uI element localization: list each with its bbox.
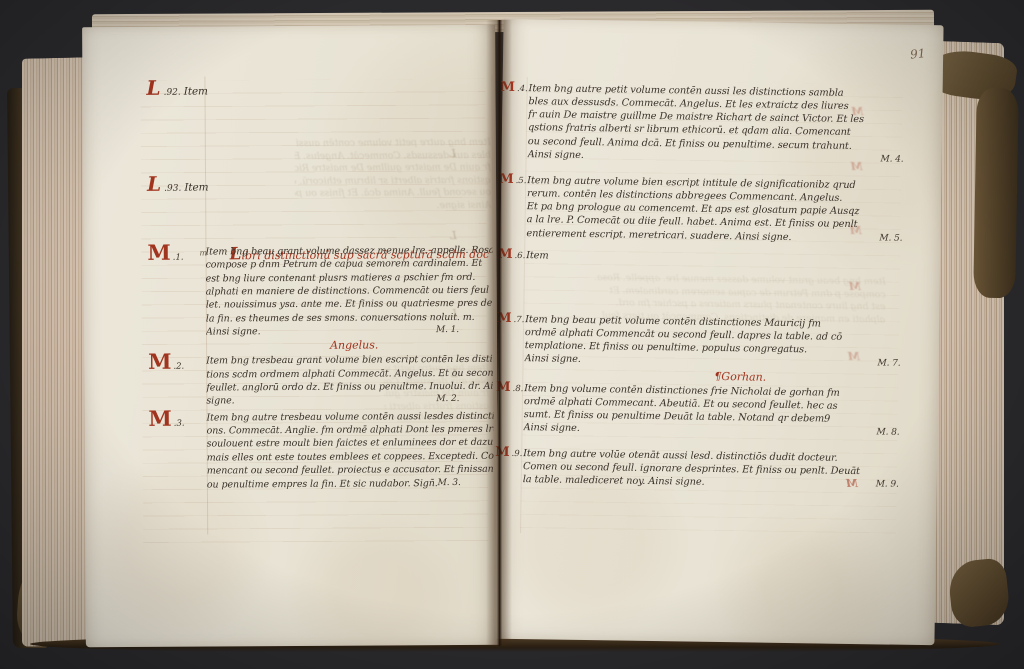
text-line: Ainsi signe.M. 1. [206,324,493,339]
show-through-line: ou second feull. Anima dcā. Et finiss ou… [295,187,491,201]
book-gutter-shadow [486,20,512,646]
entry-initial: M.1. [147,246,205,263]
manuscript-page-left: L .92. Item L .93. Item Item bng autre p… [82,25,499,648]
shelf-item-label: Item [184,86,208,98]
catalog-entries-left: M.1.Item bng beau grant volume dassez me… [147,244,491,492]
entry-signature: M. 5. [879,232,902,245]
entry-text: Item bng beau grant volume dassez menue … [205,244,493,339]
entry-text: Item bng autre volume bien escript intit… [526,174,931,246]
entry-number: .1. [173,253,184,263]
folio-number: 91 [909,46,925,61]
shelf-letter: L [147,177,161,191]
rubric-initial: M [148,355,171,369]
text: entierement escript. meretricari. suader… [526,227,791,244]
text-line: compose p dnm Petrum de capua semorem ca… [206,257,493,272]
catalog-entries-right: M.4.Item bng autre petit volume contēn a… [495,82,935,493]
rubric-subheading: ¶Gorhan. [714,369,930,385]
text: Ainsi signe. [528,148,584,162]
entry-number: .8. [512,383,523,393]
fore-edge-left [22,57,88,646]
show-through-line: fr auin De maistre guillme De maistre Ri… [295,162,491,176]
entry-text: Item [526,249,930,268]
photo-background: L .92. Item L .93. Item Item bng autre p… [0,0,1024,669]
entry-signature: M. 2. [436,393,459,406]
binding-wear-patch [973,88,1019,299]
shelf-mark-row: L .92. Item [146,81,207,98]
show-through-initial: L [449,229,456,242]
shelf-item-label: Item [184,181,208,193]
entry-number: .2. [173,362,184,372]
shelf-mark-row: L .93. Item [147,176,208,193]
catalog-entry: M.9.Item bng autre volūe otenāt aussi le… [495,447,930,493]
catalog-entry: M.8.Item bng volume contēn distinctiones… [495,381,930,440]
catalog-entry: M.6.Item [498,248,932,268]
rubric-initial: M [148,412,171,426]
entry-number: .6. [514,251,525,261]
show-through-line: Ainsi signe. [295,200,491,214]
entry-signature: M. 4. [880,153,903,166]
entry-number: .9. [511,449,522,459]
show-through-line: qstions fratris alberti sr librum ethico… [295,175,491,189]
entry-signature: M. 1. [436,324,459,337]
show-through-line: bles aux dessusds. Commecāt. Angelus. Et… [295,149,491,163]
entry-text: Item bng beau petit volume contēn distin… [524,313,929,372]
catalog-entry: M.1.Item bng beau grant volume dassez me… [147,244,491,339]
show-through-initial: L [449,147,456,160]
text-line: Item [526,249,930,268]
entry-text: Item bng volume contēn distinctiones fri… [523,382,928,441]
text: Ainsi signe. [523,421,579,435]
catalog-entry: M.2.Item bng tresbeau grant volume bien … [148,353,491,408]
text-line: signe.M. 2. [206,393,493,408]
shelf-number: .92. [164,88,181,98]
entry-text: Item bng autre tresbeau volume contēn au… [206,410,493,492]
text-line: let. nouissimus ysa. ante me. Et finiss … [206,297,493,312]
entry-signature: M. 7. [877,358,900,371]
entry-number: .4. [517,84,528,94]
catalog-entry: M.3.Item bng autre tresbeau volume contē… [148,410,491,492]
show-through-line: Item bng autre petit volume contēn aussi… [295,137,491,151]
entry-text: Item bng autre petit volume contēn aussi… [528,82,933,167]
entry-signature: M. 8. [876,426,899,439]
manuscript-page-right: 91 Item bng beau grant volume dassez men… [494,19,943,645]
catalog-entry: M.4.Item bng autre petit volume contēn a… [500,82,935,167]
entry-initial: M.3. [148,411,206,428]
entry-initial: M.2. [148,355,206,372]
catalog-entry: M.7.Item bng beau petit volume contēn di… [496,313,931,372]
text-line: ou penultime empres la fin. Et sic nudab… [207,476,494,491]
show-through-text: Item bng autre petit volume contēn aussi… [295,137,492,230]
rubric-initial: M [147,246,170,260]
text: ou penultime empres la fin. Et sic nudab… [207,477,438,492]
entry-signature: M. 3. [438,476,461,489]
entry-text: Item bng tresbeau grant volume bien escr… [206,353,493,408]
shelf-number: .93. [164,184,181,194]
entry-number: .5. [516,176,527,186]
entry-number: .3. [174,418,185,428]
text: Ainsi signe. [206,325,261,339]
text: signe. [206,395,234,409]
entry-signature: M. 9. [876,479,899,492]
rubric-subheading: Angelus. [330,338,491,352]
catalog-entry: M.5.Item bng autre volume bien escript i… [498,174,933,246]
text: Ainsi signe. [524,352,580,366]
shelf-letter: L [146,81,160,95]
entry-text: Item bng autre volūe otenāt aussi lesd. … [523,447,928,492]
entry-number: .7. [513,315,524,325]
text: la table. malediceret noy. Ainsi signe. [523,474,705,490]
text-line: Item bng tresbeau grant volume bien escr… [206,353,493,368]
